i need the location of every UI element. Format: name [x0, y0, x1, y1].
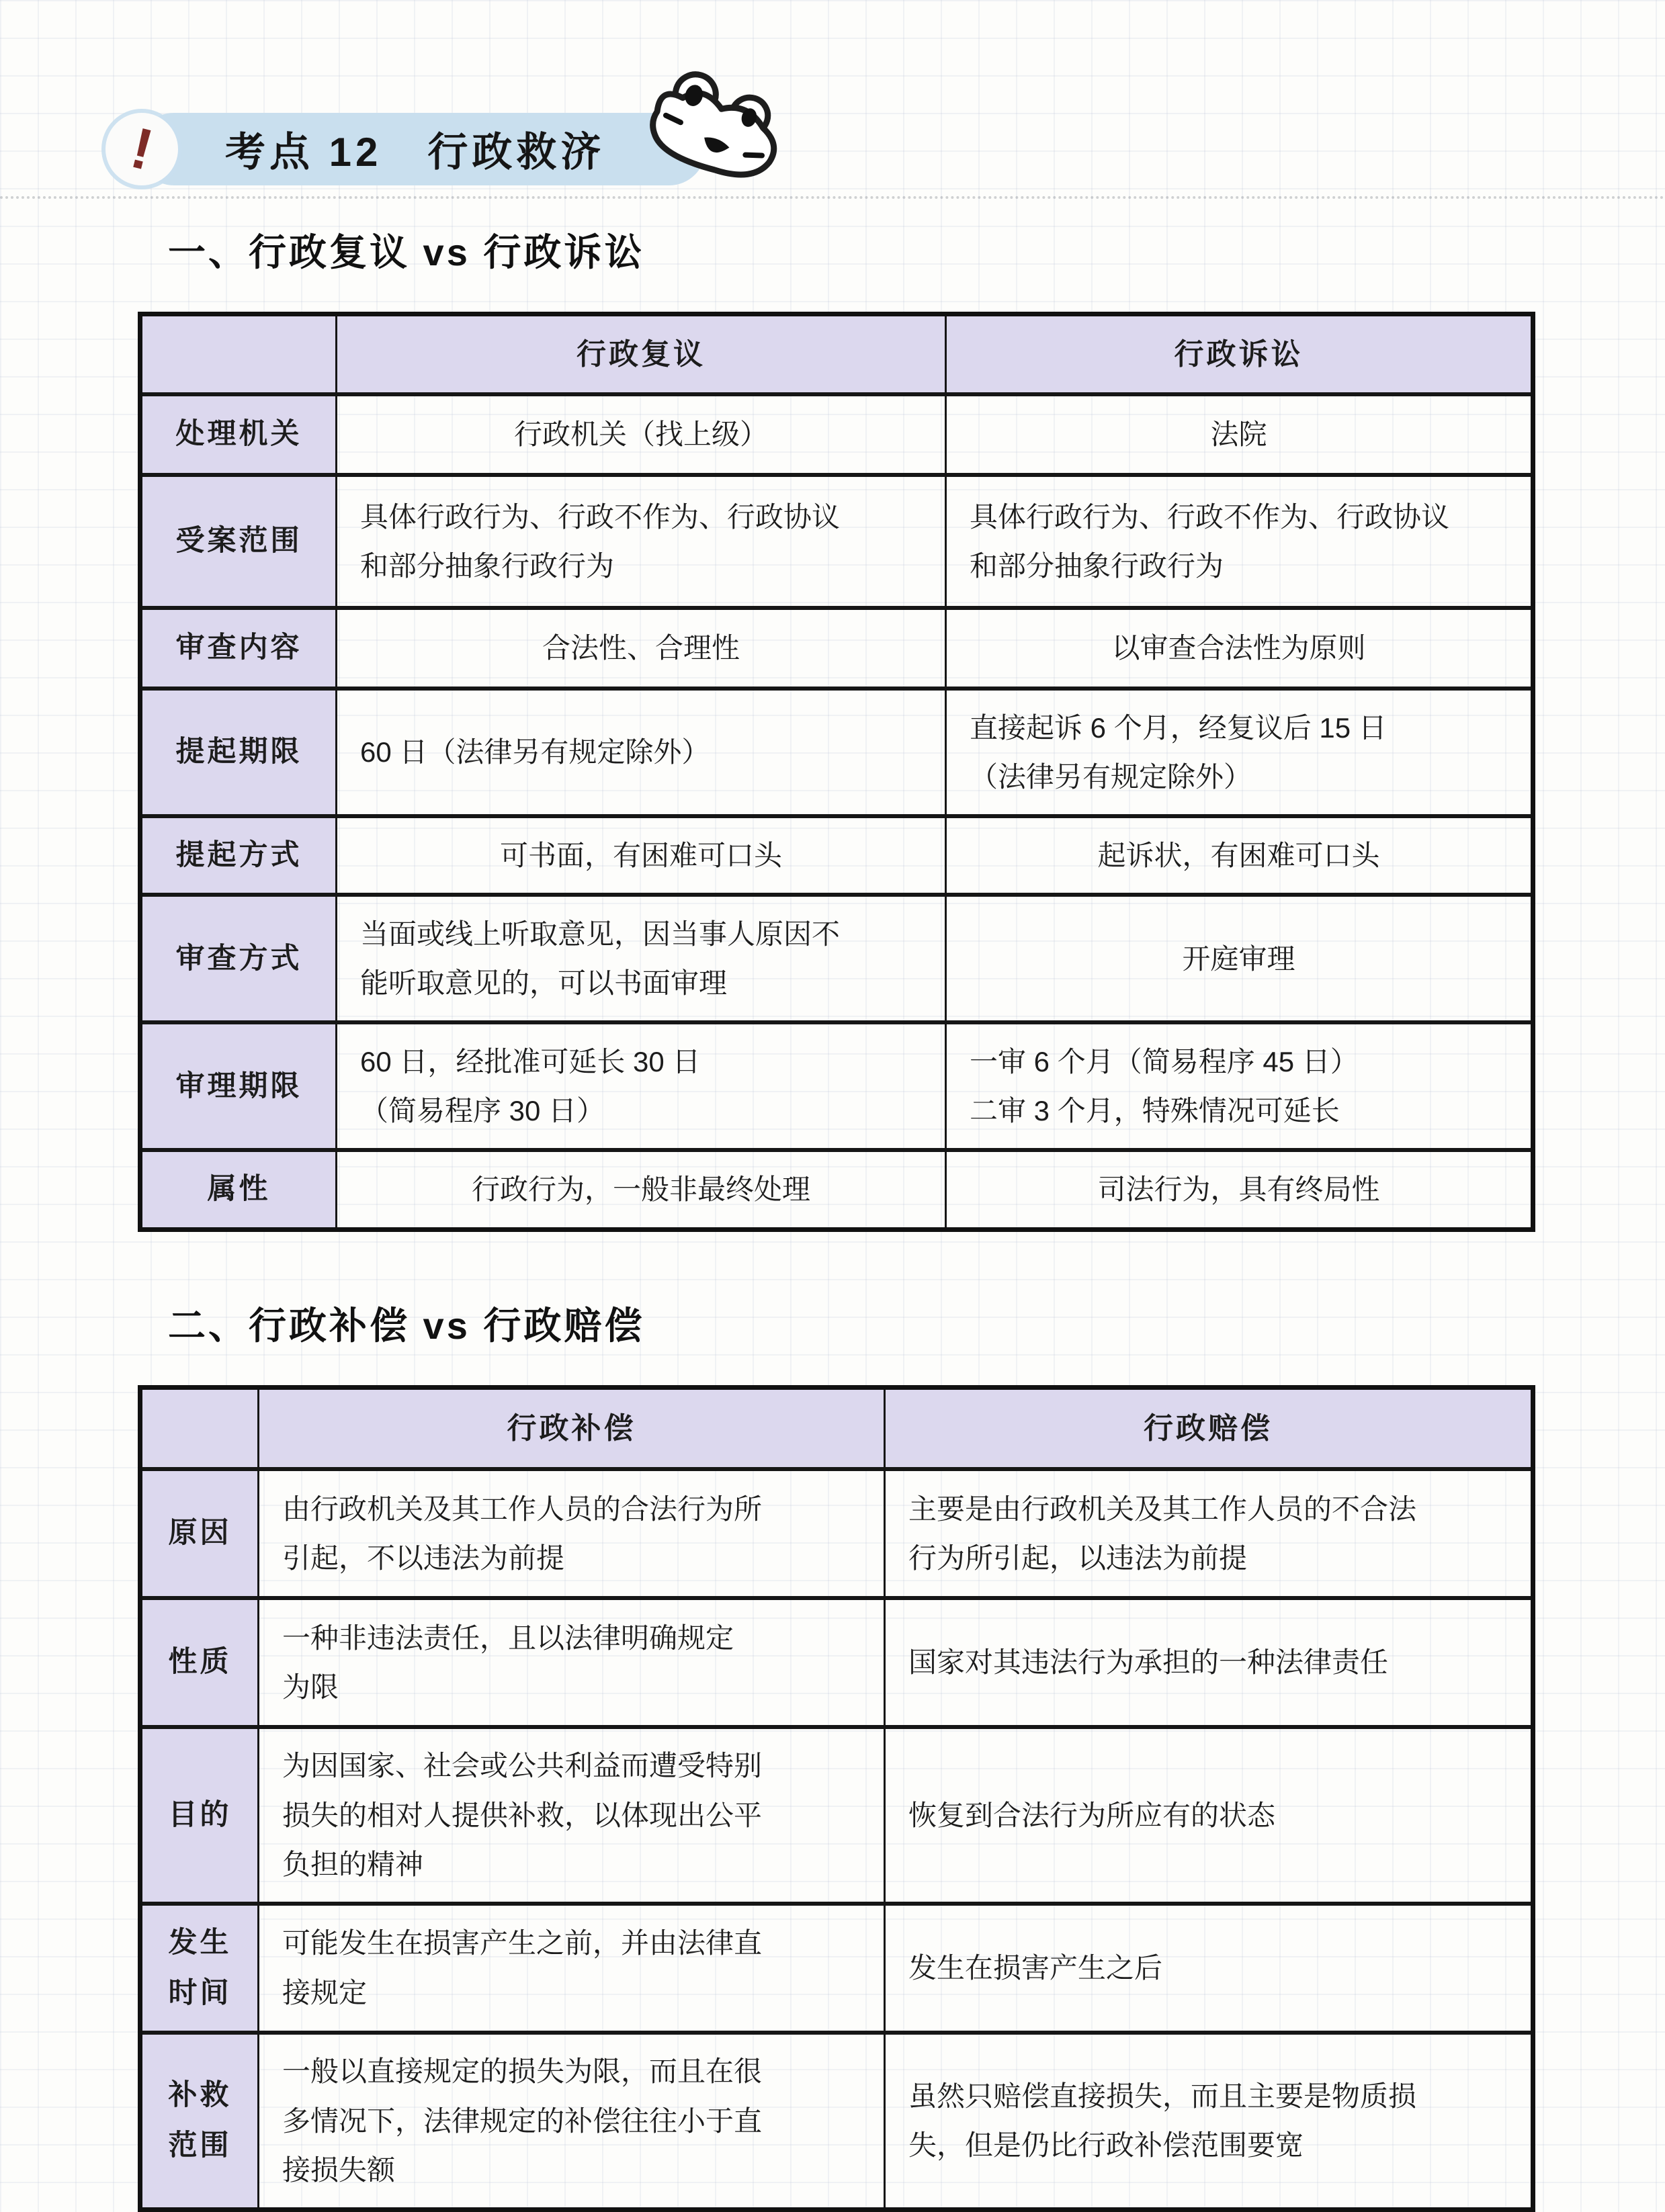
- column-header: 行政补偿: [259, 1387, 885, 1469]
- column-header: 行政赔偿: [885, 1387, 1533, 1469]
- cell-peichang: 恢复到合法行为所应有的状态: [885, 1727, 1533, 1904]
- exclamation-icon: !: [126, 119, 159, 179]
- row-label: 审查内容: [140, 608, 337, 689]
- cell-fuyi: 60 日（法律另有规定除外）: [337, 689, 946, 816]
- column-header: 行政诉讼: [946, 314, 1533, 395]
- table-fuyi-vs-susong: 行政复议 行政诉讼 处理机关 行政机关（找上级） 法院 受案范围 具体行政行为、…: [138, 312, 1535, 1232]
- table-row: 目的 为因国家、社会或公共利益而遭受特别 损失的相对人提供补救，以体现出公平 负…: [140, 1727, 1533, 1904]
- cell-fuyi: 当面或线上听取意见，因当事人原因不 能听取意见的，可以书面审理: [337, 895, 946, 1022]
- row-label: 发生 时间: [140, 1904, 259, 2033]
- table-row: 补救 范围 一般以直接规定的损失为限，而且在很 多情况下，法律规定的补偿往往小于…: [140, 2033, 1533, 2209]
- cell-peichang: 发生在损害产生之后: [885, 1904, 1533, 2033]
- table2-header-row: 行政补偿 行政赔偿: [140, 1387, 1533, 1469]
- section1-heading: 一、行政复议 vs 行政诉讼: [168, 0, 1665, 277]
- cell-susong: 一审 6 个月（简易程序 45 日） 二审 3 个月，特殊情况可延长: [946, 1022, 1533, 1150]
- cell-susong: 开庭审理: [946, 895, 1533, 1022]
- table-row: 审理期限 60 日，经批准可延长 30 日 （简易程序 30 日） 一审 6 个…: [140, 1022, 1533, 1150]
- table-row: 原因 由行政机关及其工作人员的合法行为所 引起，不以违法为前提 主要是由行政机关…: [140, 1469, 1533, 1598]
- cell-peichang: 主要是由行政机关及其工作人员的不合法 行为所引起，以违法为前提: [885, 1469, 1533, 1598]
- row-label: 提起期限: [140, 689, 337, 816]
- row-label: 处理机关: [140, 394, 337, 475]
- cell-fuyi: 合法性、合理性: [337, 608, 946, 689]
- row-label: 原因: [140, 1469, 259, 1598]
- corner-cell: [140, 1387, 259, 1469]
- table-buchang-vs-peichang: 行政补偿 行政赔偿 原因 由行政机关及其工作人员的合法行为所 引起，不以违法为前…: [138, 1385, 1535, 2212]
- cell-fuyi: 行政行为，一般非最终处理: [337, 1150, 946, 1229]
- cell-fuyi: 可书面，有困难可口头: [337, 816, 946, 895]
- cell-buchang: 为因国家、社会或公共利益而遭受特别 损失的相对人提供补救，以体现出公平 负担的精…: [259, 1727, 885, 1904]
- row-label: 提起方式: [140, 816, 337, 895]
- table-row: 提起期限 60 日（法律另有规定除外） 直接起诉 6 个月，经复议后 15 日 …: [140, 689, 1533, 816]
- cell-peichang: 虽然只赔偿直接损失，而且主要是物质损 失，但是仍比行政补偿范围要宽: [885, 2033, 1533, 2209]
- cell-buchang: 一种非违法责任，且以法律明确规定 为限: [259, 1598, 885, 1727]
- row-label: 审查方式: [140, 895, 337, 1022]
- cell-susong: 法院: [946, 394, 1533, 475]
- cell-fuyi: 行政机关（找上级）: [337, 394, 946, 475]
- cell-peichang: 国家对其违法行为承担的一种法律责任: [885, 1598, 1533, 1727]
- notes-page: ! 考点 12 行政救济 一、行政复议 vs 行政诉讼 行政复: [0, 0, 1665, 2212]
- cell-susong: 起诉状，有困难可口头: [946, 816, 1533, 895]
- table-row: 属性 行政行为，一般非最终处理 司法行为，具有终局性: [140, 1150, 1533, 1229]
- table-row: 提起方式 可书面，有困难可口头 起诉状，有困难可口头: [140, 816, 1533, 895]
- corner-cell: [140, 314, 337, 395]
- row-label: 属性: [140, 1150, 337, 1229]
- cell-fuyi: 60 日，经批准可延长 30 日 （简易程序 30 日）: [337, 1022, 946, 1150]
- table-row: 处理机关 行政机关（找上级） 法院: [140, 394, 1533, 475]
- row-label: 目的: [140, 1727, 259, 1904]
- cell-buchang: 一般以直接规定的损失为限，而且在很 多情况下，法律规定的补偿往往小于直 接损失额: [259, 2033, 885, 2209]
- table1-header-row: 行政复议 行政诉讼: [140, 314, 1533, 395]
- exclamation-circle: !: [105, 113, 178, 185]
- row-label: 审理期限: [140, 1022, 337, 1150]
- table-row: 性质 一种非违法责任，且以法律明确规定 为限 国家对其违法行为承担的一种法律责任: [140, 1598, 1533, 1727]
- cell-susong: 以审查合法性为原则: [946, 608, 1533, 689]
- row-label: 性质: [140, 1598, 259, 1727]
- cell-buchang: 由行政机关及其工作人员的合法行为所 引起，不以违法为前提: [259, 1469, 885, 1598]
- cell-buchang: 可能发生在损害产生之前，并由法律直 接规定: [259, 1904, 885, 2033]
- column-header: 行政复议: [337, 314, 946, 395]
- cell-susong: 具体行政行为、行政不作为、行政协议 和部分抽象行政行为: [946, 475, 1533, 608]
- table-row: 审查内容 合法性、合理性 以审查合法性为原则: [140, 608, 1533, 689]
- cell-susong: 司法行为，具有终局性: [946, 1150, 1533, 1229]
- table-row: 审查方式 当面或线上听取意见，因当事人原因不 能听取意见的，可以书面审理 开庭审…: [140, 895, 1533, 1022]
- row-label: 受案范围: [140, 475, 337, 608]
- section2-heading: 二、行政补偿 vs 行政赔偿: [168, 1232, 1665, 1350]
- row-label: 补救 范围: [140, 2033, 259, 2209]
- cell-susong: 直接起诉 6 个月，经复议后 15 日 （法律另有规定除外）: [946, 689, 1533, 816]
- table-row: 受案范围 具体行政行为、行政不作为、行政协议 和部分抽象行政行为 具体行政行为、…: [140, 475, 1533, 608]
- table-row: 发生 时间 可能发生在损害产生之前，并由法律直 接规定 发生在损害产生之后: [140, 1904, 1533, 2033]
- cell-fuyi: 具体行政行为、行政不作为、行政协议 和部分抽象行政行为: [337, 475, 946, 608]
